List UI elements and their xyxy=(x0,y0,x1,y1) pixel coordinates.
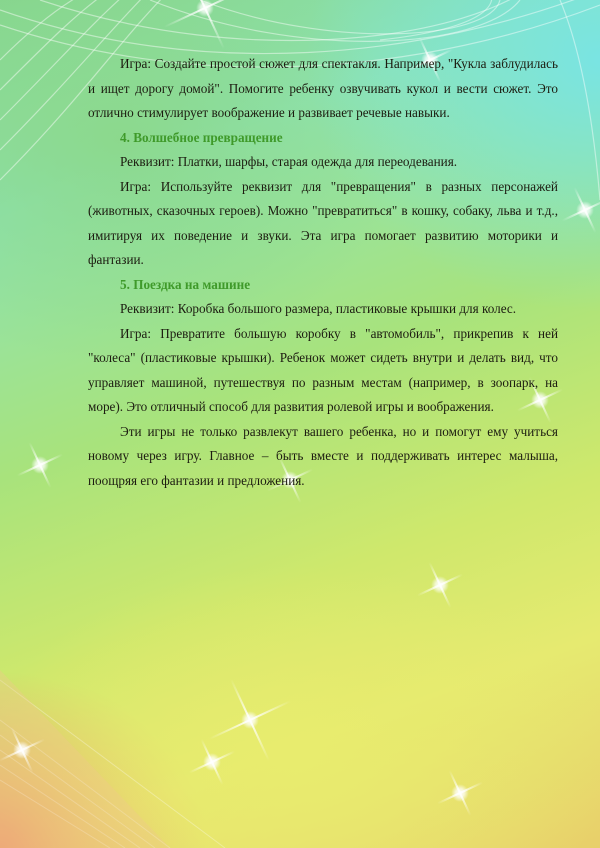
paragraph-props-transformation: Реквизит: Платки, шарфы, старая одежда д… xyxy=(88,150,558,175)
paragraph-conclusion: Эти игры не только развлекут вашего ребе… xyxy=(88,420,558,494)
paragraph-props-car: Реквизит: Коробка большого размера, плас… xyxy=(88,297,558,322)
paragraph-game-performance: Игра: Создайте простой сюжет для спектак… xyxy=(88,52,558,126)
document-body: Игра: Создайте простой сюжет для спектак… xyxy=(88,52,558,493)
paragraph-game-car: Игра: Превратите большую коробку в "авто… xyxy=(88,322,558,420)
paragraph-game-transformation: Игра: Используйте реквизит для "превраще… xyxy=(88,175,558,273)
heading-magic-transformation: 4. Волшебное превращение xyxy=(88,126,558,151)
heading-car-trip: 5. Поездка на машине xyxy=(88,273,558,298)
